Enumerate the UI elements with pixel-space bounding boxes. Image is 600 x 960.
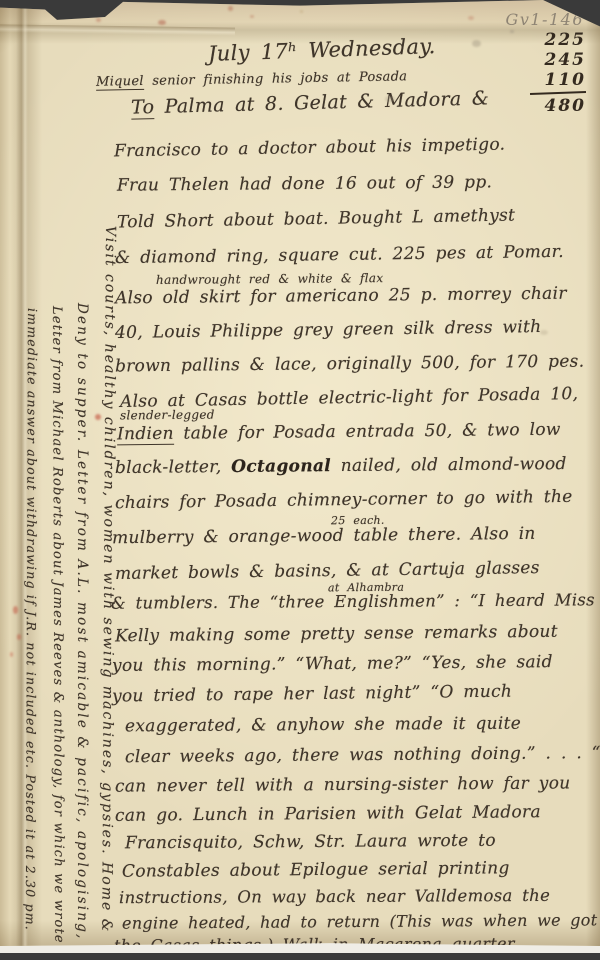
manuscript-line: To Palma at 8. Gelat & Madora & <box>131 87 490 118</box>
line-text: & diamond ring, square cut. 225 pes at P… <box>115 242 564 268</box>
line-text: handwrought red & white & flax <box>156 271 384 287</box>
manuscript-line: can never tell with a nursing-sister how… <box>115 773 571 796</box>
line-text: Palma at 8. Gelat & Madora & <box>154 87 489 118</box>
stain-mark <box>95 414 101 420</box>
line-text: Constables about Epilogue serial printin… <box>122 858 510 881</box>
manuscript-line: exaggerated, & anyhow she made it quite <box>125 714 521 737</box>
sum-addend: 245 <box>506 50 586 70</box>
stain-mark <box>13 606 18 614</box>
line-text: Also old skirt for americano 25 p. morre… <box>115 284 567 309</box>
line-text: Frau Thelen had done 16 out of 39 pp. <box>117 172 492 195</box>
manuscript-line: clear weeks ago, there was nothing doing… <box>125 743 600 767</box>
sum-addend: 110 <box>506 70 586 90</box>
crease-line <box>0 0 69 61</box>
margin-note-line: immediate answer about withdrawing if J.… <box>23 308 40 931</box>
manuscript-line: you this morning.” “What, me?” “Yes, she… <box>112 652 553 676</box>
line-text: you tried to rape her last night” “O muc… <box>112 682 512 707</box>
arithmetic-column: 225 245 110 480 <box>506 30 586 116</box>
stain-mark <box>250 15 254 18</box>
stain-mark <box>510 30 514 33</box>
stain-mark <box>17 634 21 640</box>
inserted-note: slender-legged <box>120 408 215 423</box>
stain-mark <box>70 8 77 13</box>
line-text: you this morning.” “What, me?” “Yes, she… <box>112 652 553 676</box>
stain-mark <box>300 10 303 13</box>
line-text: can go. Lunch in Parisien with Gelat Mad… <box>115 802 541 826</box>
sum-addend: 225 <box>506 30 586 50</box>
stain-mark <box>468 16 474 20</box>
sum-total: 480 <box>506 96 586 116</box>
stain-mark <box>228 6 233 11</box>
sum-rule <box>530 91 586 95</box>
line-text: brown pallins & lace, originally 500, fo… <box>115 352 585 377</box>
line-text: engine heated, had to return (This was w… <box>122 910 598 932</box>
stain-mark <box>300 430 307 435</box>
stain-mark <box>385 96 395 102</box>
inserted-note: Miquel senior finishing his jobs at Posa… <box>96 69 408 89</box>
line-text: & tumblers. The “three Englishmen” : “I … <box>111 590 595 612</box>
stain-mark <box>158 20 166 25</box>
manuscript-line: 40, Louis Philippe grey green silk dress… <box>115 317 542 343</box>
stain-mark <box>540 330 548 335</box>
manuscript-line: you tried to rape her last night” “O muc… <box>112 682 512 707</box>
manuscript-line: brown pallins & lace, originally 500, fo… <box>115 352 585 377</box>
line-text: instructions, On way back near Valldemos… <box>119 886 550 907</box>
manuscript-line: can go. Lunch in Parisien with Gelat Mad… <box>115 802 541 826</box>
line-text: Told Short about boat. Bought L amethyst <box>117 206 515 233</box>
manuscript-line: Francisquito, Schw, Str. Laura wrote to <box>125 831 496 854</box>
date-heading: July 17ʰ Wednesday. <box>208 34 436 66</box>
line-text: Kelly making some pretty sense remarks a… <box>115 622 558 647</box>
manuscript-line: & tumblers. The “three Englishmen” : “I … <box>111 590 595 612</box>
line-text: July 17ʰ Wednesday. <box>208 34 436 66</box>
inserted-note: handwrought red & white & flax <box>156 271 384 287</box>
manuscript-line: market bowls & basins, & at Cartuja glas… <box>115 558 540 584</box>
margin-note-line: Visit courts, healthy children, women wi… <box>98 226 118 933</box>
line-text: black-letter, <box>115 457 231 478</box>
archive-reference: Gv1-146 <box>506 10 584 29</box>
line-text: nailed, old almond-wood <box>331 454 567 476</box>
manuscript-line: instructions, On way back near Valldemos… <box>119 886 550 907</box>
stain-mark <box>96 18 101 22</box>
emphasized-word: Octagonal <box>231 456 331 477</box>
manuscript-line: black-letter, Octagonal nailed, old almo… <box>115 454 567 478</box>
line-text: senior finishing his jobs at Posada <box>144 69 408 89</box>
manuscript-line: Indien table for Posada entrada 50, & tw… <box>117 420 561 445</box>
underlined-word: Miquel <box>96 74 144 91</box>
manuscript-line: Francisco to a doctor about his impetigo… <box>114 135 506 162</box>
manuscript-line: engine heated, had to return (This was w… <box>122 910 598 932</box>
stain-mark <box>10 652 13 657</box>
manuscript-line: Told Short about boat. Bought L amethyst <box>117 206 515 233</box>
line-text: mulberry & orange-wood table there. Also… <box>112 524 536 548</box>
line-text: slender-legged <box>120 408 215 423</box>
line-text: table for Posada entrada 50, & two low <box>174 420 561 444</box>
line-text: market bowls & basins, & at Cartuja glas… <box>115 558 540 584</box>
scan-background: { "colors":{"ink":"#3f352a","pencil":"#8… <box>0 0 600 960</box>
stain-mark <box>472 40 481 47</box>
manuscript-line: & diamond ring, square cut. 225 pes at P… <box>115 242 564 268</box>
line-text: Francisquito, Schw, Str. Laura wrote to <box>125 831 496 854</box>
line-text: chairs for Posada chimney-corner to go w… <box>115 487 573 513</box>
line-text: can never tell with a nursing-sister how… <box>115 773 571 796</box>
margin-note-line: Deny to supper. Letter from A.L. most am… <box>74 303 90 941</box>
underlined-word: Indien <box>117 424 174 446</box>
manuscript-line: chairs for Posada chimney-corner to go w… <box>115 487 573 513</box>
manuscript-page: Gv1-146 225 245 110 480 July 17ʰ Wednesd… <box>0 0 600 946</box>
manuscript-line: Also old skirt for americano 25 p. morre… <box>115 284 567 309</box>
line-text: Francisco to a doctor about his impetigo… <box>114 135 506 162</box>
margin-note-line: Letter from Michael Roberts about James … <box>49 306 66 960</box>
manuscript-line: Frau Thelen had done 16 out of 39 pp. <box>117 172 492 195</box>
manuscript-line: mulberry & orange-wood table there. Also… <box>112 524 536 548</box>
line-text: clear weeks ago, there was nothing doing… <box>125 743 600 767</box>
line-text: exaggerated, & anyhow she made it quite <box>125 714 521 737</box>
underlined-word: To <box>131 96 155 120</box>
manuscript-line: Constables about Epilogue serial printin… <box>122 858 510 881</box>
line-text: 40, Louis Philippe grey green silk dress… <box>115 317 542 343</box>
crease-line <box>0 24 235 35</box>
manuscript-line: Kelly making some pretty sense remarks a… <box>115 622 558 647</box>
